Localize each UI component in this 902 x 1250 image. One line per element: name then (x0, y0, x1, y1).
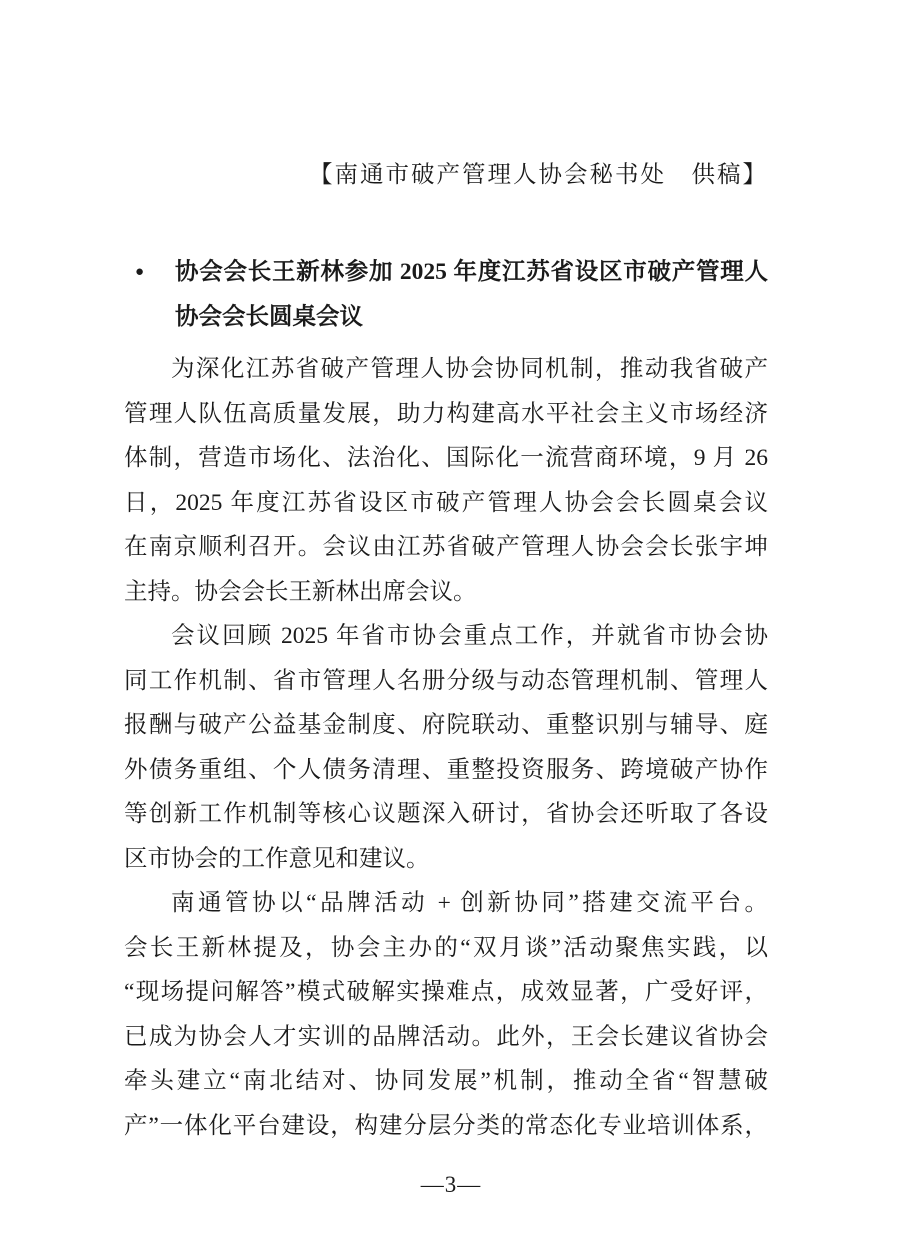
document-page: 【南通市破产管理人协会秘书处 供稿】 ● 协会会长王新林参加 2025 年度江苏… (0, 0, 902, 1250)
bullet-icon: ● (135, 250, 144, 295)
text-line: 在南京顺利召开。会议由江苏省破产管理人协会会长张宇坤 (124, 525, 768, 570)
text-line: 会议回顾 2025 年省市协会重点工作，并就省市协会协 (124, 614, 768, 659)
text-line: 牵头建立“南北结对、协同发展”机制，推动全省“智慧破 (124, 1059, 768, 1104)
text-line: 区市协会的工作意见和建议。 (124, 837, 768, 882)
text-line: 同工作机制、省市管理人名册分级与动态管理机制、管理人 (124, 659, 768, 704)
text-line: 主持。协会会长王新林出席会议。 (124, 570, 768, 615)
text-line: “现场提问解答”模式破解实操难点，成效显著，广受好评， (124, 970, 768, 1015)
text-line: 产”一体化平台建设，构建分层分类的常态化专业培训体系， (124, 1104, 768, 1149)
text-line: 等创新工作机制等核心议题深入研讨，省协会还听取了各设 (124, 792, 768, 837)
text-line: 南通管协以“品牌活动 + 创新协同”搭建交流平台。 (124, 881, 768, 926)
text-line: 体制，营造市场化、法治化、国际化一流营商环境，9 月 26 (124, 436, 768, 481)
article-heading-line: 协会会长王新林参加 2025 年度江苏省设区市破产管理人 (175, 250, 768, 295)
text-line: 报酬与破产公益基金制度、府院联动、重整识别与辅导、庭 (124, 703, 768, 748)
paragraph: 为深化江苏省破产管理人协会协同机制，推动我省破产 管理人队伍高质量发展，助力构建… (124, 347, 768, 614)
text-line: 管理人队伍高质量发展，助力构建高水平社会主义市场经济 (124, 392, 768, 437)
text-line: 会长王新林提及，协会主办的“双月谈”活动聚焦实践，以 (124, 926, 768, 971)
header-credit: 【南通市破产管理人协会秘书处 供稿】 (124, 158, 768, 192)
text-line: 已成为协会人才实训的品牌活动。此外，王会长建议省协会 (124, 1015, 768, 1060)
text-line: 为深化江苏省破产管理人协会协同机制，推动我省破产 (124, 347, 768, 392)
page-number: —3— (0, 1170, 902, 1200)
text-line: 外债务重组、个人债务清理、重整投资服务、跨境破产协作 (124, 748, 768, 793)
article-heading-line: 协会会长圆桌会议 (175, 295, 768, 340)
article-body: 为深化江苏省破产管理人协会协同机制，推动我省破产 管理人队伍高质量发展，助力构建… (124, 347, 768, 1148)
paragraph: 会议回顾 2025 年省市协会重点工作，并就省市协会协 同工作机制、省市管理人名… (124, 614, 768, 881)
article-heading: ● 协会会长王新林参加 2025 年度江苏省设区市破产管理人 协会会长圆桌会议 (124, 250, 768, 340)
paragraph: 南通管协以“品牌活动 + 创新协同”搭建交流平台。 会长王新林提及，协会主办的“… (124, 881, 768, 1148)
text-line: 日，2025 年度江苏省设区市破产管理人协会会长圆桌会议 (124, 481, 768, 526)
